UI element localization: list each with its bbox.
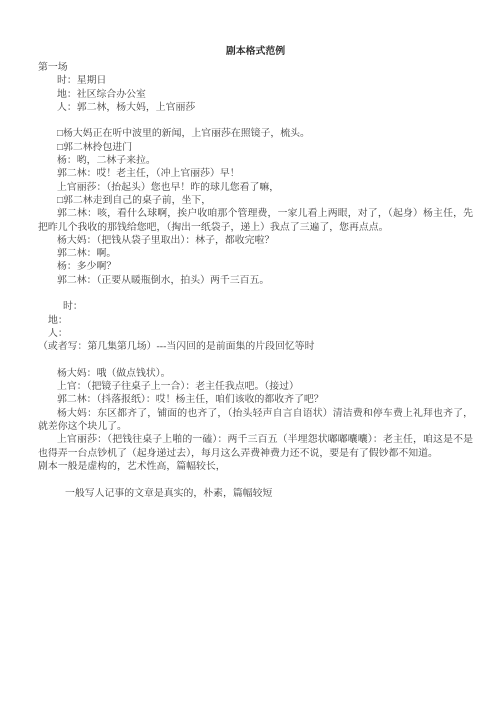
script-line: 第一场 <box>38 61 473 74</box>
script-line: 郭二林：（抖落报纸）：哎！杨主任，咱们该收的都收齐了吧？ <box>38 393 473 406</box>
script-line: 杨大妈：（把钱从袋子里取出）：林子，都收完啦？ <box>38 234 473 247</box>
script-line: 杨：哟，二林子来拉。 <box>38 154 473 167</box>
script-line: 地： <box>38 314 473 327</box>
blank-line <box>38 354 473 367</box>
script-body: 剧本格式范例 第一场时：星期日地：社区综合办公室人：郭二林，杨大妈，上官丽莎□杨… <box>38 44 473 500</box>
script-line: 人： <box>38 327 473 340</box>
script-line: 上官丽莎：（抬起头）您也早！昨的球儿您看了嘛， <box>38 181 473 194</box>
script-line: 地：社区综合办公室 <box>38 88 473 101</box>
script-line: 郭二林：啊。 <box>38 247 473 260</box>
document-page: 剧本格式范例 第一场时：星期日地：社区综合办公室人：郭二林，杨大妈，上官丽莎□杨… <box>0 0 500 708</box>
script-line: 郭二林：哎！老主任，（冲上官丽莎）早！ <box>38 167 473 180</box>
script-line: □郭二林拎包进门 <box>38 141 473 154</box>
script-line: 郭二林：（正要从暖瓶倒水，拍头）两千三百五。 <box>38 274 473 287</box>
script-line: 上官丽莎：（把钱往桌子上啪的一磕）：两千三百五（半埋怨状嘟嘟囔囔）：老主任，咱这… <box>38 433 473 460</box>
script-line: 郭二林：咳，看什么球啊，挨户收咱那个管理费，一家儿看上两眼，对了，（起身）杨主任… <box>38 207 473 234</box>
blank-line <box>38 473 473 486</box>
document-title: 剧本格式范例 <box>38 44 473 60</box>
blank-line <box>38 114 473 127</box>
script-line: 剧本一般是虚构的，艺术性高，篇幅较长， <box>38 460 473 473</box>
script-line: 杨：多少啊？ <box>38 260 473 273</box>
script-line: 人：郭二林，杨大妈，上官丽莎 <box>38 101 473 114</box>
script-line: 一般写人记事的文章是真实的，朴素，篇幅较短 <box>38 487 473 500</box>
script-line: 时： <box>38 300 473 313</box>
script-line: □郭二林走到自己的桌子前，坐下， <box>38 194 473 207</box>
script-line: 上官：（把镜子往桌子上一合）：老主任我点吧。（接过） <box>38 380 473 393</box>
script-line: □杨大妈正在听中波里的新闻，上官丽莎在照镜子，梳头。 <box>38 127 473 140</box>
script-line: （或者写：第几集第几场）---当闪回的是前面集的片段回忆等时 <box>38 340 473 353</box>
script-line: 时：星期日 <box>38 74 473 87</box>
script-line: 杨大妈：哦（做点钱状）。 <box>38 367 473 380</box>
blank-line <box>38 287 473 300</box>
script-line: 杨大妈：东区都齐了，铺面的也齐了，（抬头轻声自言自语状）清洁费和停车费上礼拜也齐… <box>38 407 473 434</box>
